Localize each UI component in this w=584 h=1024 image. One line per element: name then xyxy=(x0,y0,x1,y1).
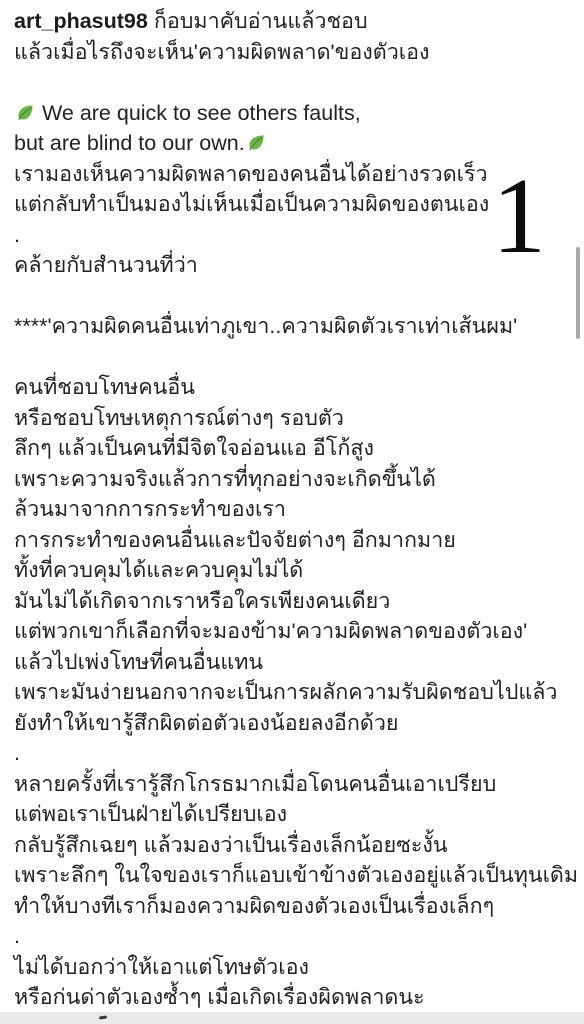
text-line: แล้วเมื่อไรถึงจะเห็น'ความผิดพลาด'ของตัวเ… xyxy=(14,37,582,68)
post-caption-screen: art_phasut98 ก็อบมาคับอ่านแล้วชอบแล้วเมื… xyxy=(0,0,584,1024)
text-line: กลับรู้สึกเฉยๆ แล้วมองว่าเป็นเรื่องเล็กน… xyxy=(14,830,582,861)
text-line: ไม่ได้บอกว่าให้เอาแต่โทษตัวเอง xyxy=(14,952,582,983)
text-line: ทั้งที่ควบคุมได้และควบคุมไม่ได้ xyxy=(14,555,582,586)
text-line: หรือชอบโทษเหตุการณ์ต่างๆ รอบตัว xyxy=(14,403,582,434)
text-line: . xyxy=(14,921,582,952)
text-line: มันไม่ได้เกิดจากเราหรือใครเพียงคนเดียว xyxy=(14,586,582,617)
text-line: คนที่ชอบโทษคนอื่น xyxy=(14,372,582,403)
text-line: but are blind to our own. xyxy=(14,128,582,159)
text-line: เพราะมันง่ายนอกจากจะเป็นการผลักความรับผิ… xyxy=(14,677,582,708)
leaf-emoji-icon xyxy=(15,101,35,121)
text-line: หลายครั้งที่เรารู้สึกโกรธมากเมื่อโดนคนอื… xyxy=(14,769,582,800)
carousel-page-number: 1 xyxy=(492,163,546,271)
cutoff-next-line-band xyxy=(0,1012,584,1024)
text-line: แล้วไปเพ่งโทษที่คนอื่นแทน xyxy=(14,647,582,678)
scrollbar-thumb[interactable] xyxy=(576,247,580,339)
leaf-emoji-icon xyxy=(246,131,266,151)
text-line: แต่พวกเขาก็เลือกที่จะมองข้าม'ความผิดพลาด… xyxy=(14,616,582,647)
text-line: แต่พอเราเป็นฝ่ายได้เปรียบเอง xyxy=(14,799,582,830)
text-line: การกระทำของคนอื่นและปัจจัยต่างๆ อีกมากมา… xyxy=(14,525,582,556)
text-line: ยังทำให้เขารู้สึกผิดต่อตัวเองน้อยลงอีกด้… xyxy=(14,708,582,739)
username-link[interactable]: art_phasut98 xyxy=(14,9,148,33)
blank-line xyxy=(14,342,582,373)
text-line: เพราะความจริงแล้วการที่ทุกอย่างจะเกิดขึ้… xyxy=(14,464,582,495)
text-line: ทำให้บางทีเราก็มองความผิดของตัวเองเป็นเร… xyxy=(14,891,582,922)
text-line: หรือก่นด่าตัวเองซ้ำๆ เมื่อเกิดเรื่องผิดพ… xyxy=(14,982,582,1013)
text-line: เพราะลึกๆ ในใจของเราก็แอบเข้าข้างตัวเองอ… xyxy=(14,860,582,891)
blank-line xyxy=(14,281,582,312)
text-line: ****'ความผิดคนอื่นเท่าภูเขา..ความผิดตัวเ… xyxy=(14,311,582,342)
text-line: . xyxy=(14,738,582,769)
text-line: We are quick to see others faults, xyxy=(14,98,582,129)
text-line: ลึกๆ แล้วเป็นคนที่มีจิตใจอ่อนแอ อีโก้สูง xyxy=(14,433,582,464)
blank-line xyxy=(14,67,582,98)
text-line: art_phasut98 ก็อบมาคับอ่านแล้วชอบ xyxy=(14,6,582,37)
text-line: ล้วนมาจากการกระทำของเรา xyxy=(14,494,582,525)
